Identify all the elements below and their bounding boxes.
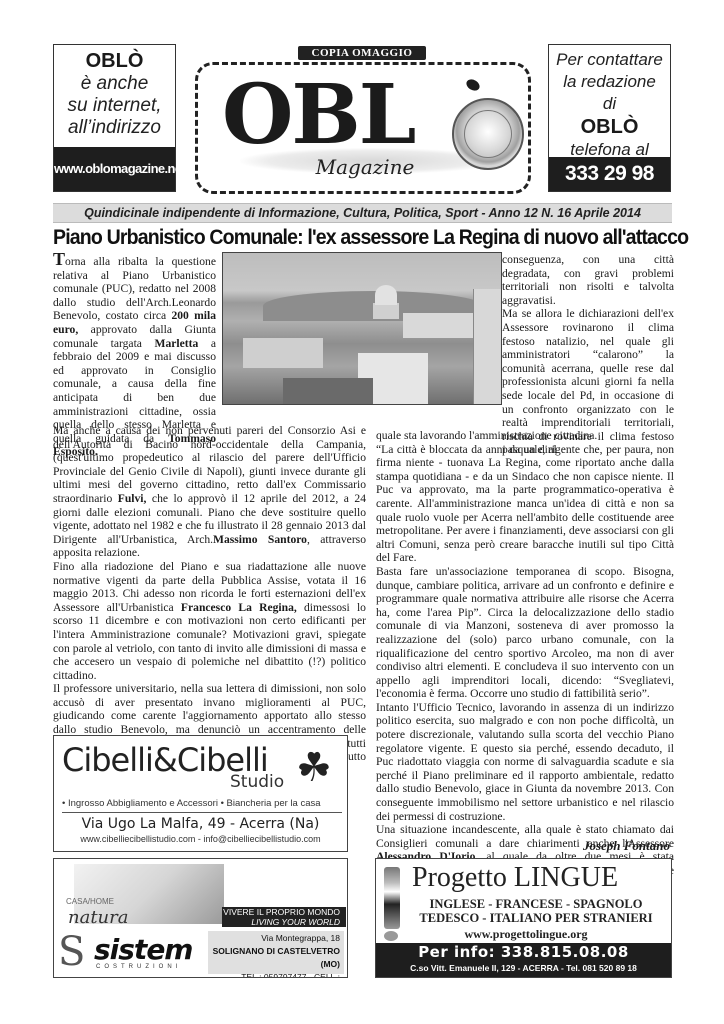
ad-brand-sub: Studio — [230, 772, 284, 792]
ad-label: CASA/HOME — [66, 897, 114, 906]
contact-line: la redazione — [549, 71, 670, 93]
contact-line: Per contattare — [549, 49, 670, 71]
ad-address: C.so Vitt. Emanuele II, 129 - ACERRA - T… — [376, 962, 671, 975]
globe-icon — [384, 931, 398, 941]
ad-brand-sub: COSTRUZIONI — [96, 964, 181, 970]
ad-slogan: VIVERE IL PROPRIO MONDO LIVING YOUR WORL… — [222, 907, 346, 927]
ad-brand: sistem — [94, 933, 192, 966]
ad-progetto-lingue[interactable]: Progetto LINGUE INGLESE - FRANCESE - SPA… — [375, 858, 672, 978]
languages-line: INGLESE - FRANCESE - SPAGNOLO — [406, 897, 666, 911]
slogan-line: VIVERE IL PROPRIO MONDO — [222, 907, 340, 917]
ad-logo-natura: natura — [68, 907, 129, 928]
masthead-logo: OBL — [222, 70, 462, 160]
bold-run: Marletta — [155, 337, 199, 350]
ad-city: SOLIGNANO DI CASTELVETRO (MO) — [212, 945, 340, 971]
photo-building — [243, 338, 323, 368]
brand-name: OBLÒ — [54, 49, 175, 73]
article-photo — [222, 252, 502, 405]
paragraph: “La città è bloccata da anni da un dirig… — [376, 443, 674, 565]
promo-line: è anche — [54, 73, 175, 95]
promo-line: all’indirizzo — [54, 117, 175, 139]
ad-languages: INGLESE - FRANCESE - SPAGNOLO TEDESCO - … — [406, 897, 666, 925]
bold-run: Massimo Santoro — [213, 533, 307, 546]
contact-line: di — [549, 93, 670, 115]
photo-building — [403, 313, 473, 338]
article-column-2-top: conseguenza, con una città degradata, co… — [502, 253, 674, 457]
ad-address: Via Montegrappa, 18 — [212, 932, 340, 945]
ad-info-band: Per info: 338.815.08.08 C.so Vitt. Emanu… — [376, 943, 671, 978]
porthole-glass-icon — [464, 110, 512, 158]
article-column-1: Ma anche a causa dei non pervenuti parer… — [53, 424, 366, 777]
paragraph: Ma anche a causa dei non pervenuti parer… — [53, 424, 366, 560]
promo-line: su internet, — [54, 95, 175, 117]
phone-number[interactable]: 333 29 98 502 — [549, 157, 670, 191]
photo-church-dome — [375, 285, 397, 305]
clover-icon: ☘ — [296, 746, 332, 790]
paragraph: quale sta lavorando l'amministrazione ci… — [376, 429, 674, 443]
flags-icon — [384, 867, 400, 929]
ad-web-link[interactable]: www.progettolingue.org — [406, 927, 646, 942]
paragraph: conseguenza, con una città degradata, co… — [502, 253, 674, 307]
ad-phones: TEL.: 059797477 - CELL.: 3274456280 — [212, 971, 340, 978]
ad-brand: Progetto LINGUE — [412, 861, 618, 895]
paragraph: Basta fare un'associazione temporanea di… — [376, 565, 674, 701]
ad-phone[interactable]: Per info: 338.815.08.08 — [376, 943, 671, 962]
ad-address: Via Ugo La Malfa, 49 - Acerra (Na) — [54, 816, 347, 832]
article-column-2: quale sta lavorando l'amministrazione ci… — [376, 429, 674, 891]
bold-run: Fulvi, — [118, 492, 147, 505]
issue-tagline: Quindicinale indipendente di Informazion… — [53, 203, 672, 223]
swirl-logo-icon: S — [58, 929, 85, 975]
ad-cibelli[interactable]: Cibelli&Cibelli Studio ☘ • Ingrosso Abbi… — [53, 735, 348, 852]
paragraph: Fino alla riadozione del Piano e sua ria… — [53, 560, 366, 682]
photo-apartment-block — [473, 289, 502, 405]
web-address-box: OBLÒ è anche su internet, all’indirizzo … — [53, 44, 176, 192]
masthead-subtitle: Magazine — [310, 155, 420, 179]
photo-rooftop — [283, 378, 373, 405]
paragraph: Intanto l'Ufficio Tecnico, lavorando in … — [376, 701, 674, 823]
contact-box: Per contattare la redazione di OBLÒ tele… — [548, 44, 671, 192]
ad-sistem[interactable]: CASA/HOME natura VIVERE IL PROPRIO MONDO… — [53, 858, 348, 978]
website-link[interactable]: www.oblomagazine.net — [54, 147, 175, 191]
brand-name: OBLÒ — [549, 115, 670, 139]
article-byline: Joseph Fontano — [540, 838, 670, 854]
free-copy-badge: COPIA OMAGGIO — [298, 46, 426, 60]
drop-cap: T — [53, 249, 65, 269]
article-headline: Piano Urbanistico Comunale: l'ex assesso… — [53, 224, 634, 252]
slogan-line: LIVING YOUR WORLD — [222, 917, 340, 927]
languages-line: TEDESCO - ITALIANO PER STRANIERI — [406, 911, 666, 925]
ad-web-link[interactable]: www.cibelliecibellistudio.com - info@cib… — [54, 834, 347, 844]
photo-church-drum — [373, 303, 399, 319]
ad-contact-info: Via Montegrappa, 18 SOLIGNANO DI CASTELV… — [208, 931, 344, 974]
bold-run: Francesco La Regina, — [181, 601, 297, 614]
ad-services: • Ingrosso Abbigliamento e Accessori • B… — [62, 798, 342, 813]
